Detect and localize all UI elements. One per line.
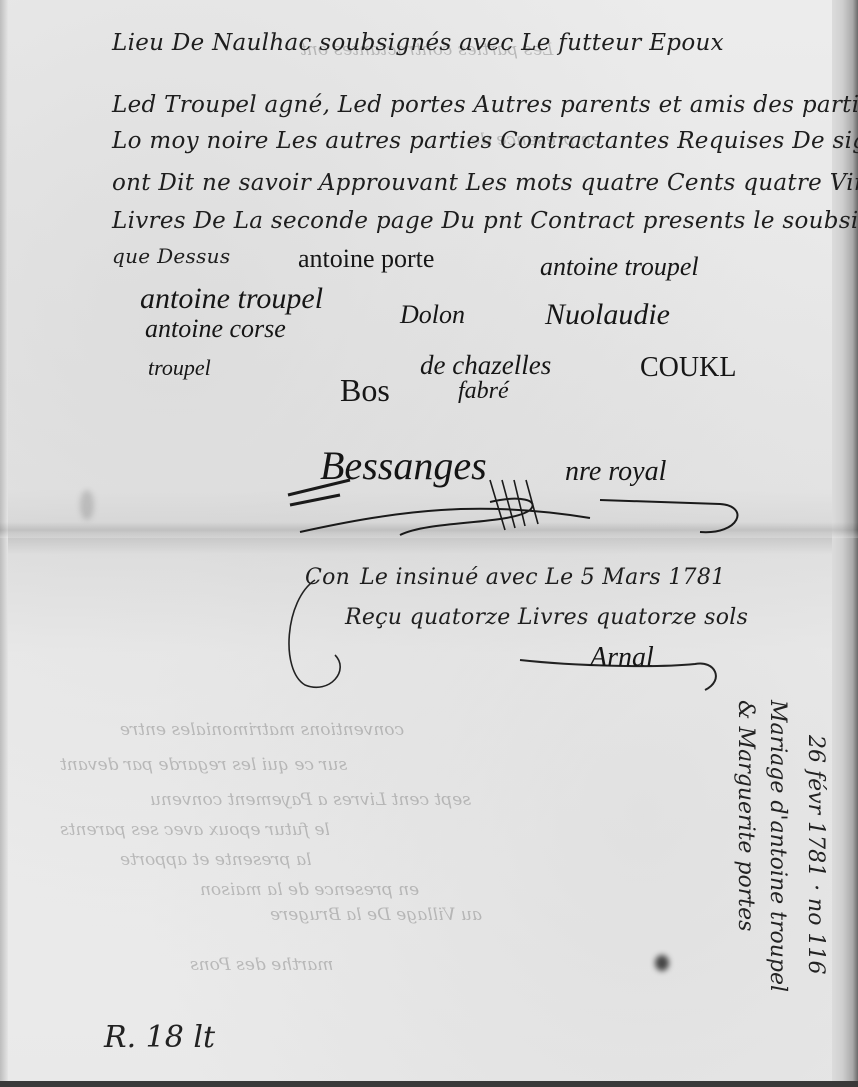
signature-antoine-troupel-2: antoine troupel: [140, 282, 323, 316]
signature-antoine-corse: antoine corse: [145, 314, 286, 344]
signature-fabre: fabré: [458, 378, 509, 405]
registration-signature: Arnal: [590, 642, 654, 674]
registration-line-2: Reçu quatorze Livres quatorze sols: [345, 605, 748, 630]
signature-antoine-porte: antoine porte: [298, 244, 434, 274]
signature-coukl: COUKL: [640, 352, 736, 384]
notary-title: nre royal: [565, 456, 666, 488]
page-bottom-border: [0, 1081, 858, 1087]
corner-note: R. 18 lt: [104, 1020, 215, 1055]
signature-de-chazelles: de chazelles: [420, 350, 551, 381]
page-right-border: [832, 0, 858, 1087]
signature-bos: Bos: [340, 372, 390, 409]
document-page: Les parties contractantes ont en presenc…: [0, 0, 858, 1087]
body-line-2: Led Troupel agné, Led portes Autres pare…: [112, 92, 858, 118]
registration-line-1: Le insinué avec Le 5 Mars 1781: [360, 565, 725, 590]
body-line-4: ont Dit ne savoir Approuvant Les mots qu…: [112, 170, 858, 196]
margin-note-subject-1: Mariage d'antoine troupel: [765, 700, 790, 992]
margin-note-subject-2: & Marguerite portes: [733, 700, 758, 931]
body-line-6: que Dessus: [112, 244, 230, 268]
signature-troupel: troupel: [148, 355, 211, 381]
page-left-edge: [0, 0, 8, 1087]
registration-prefix: Con: [305, 565, 350, 590]
body-line-1: Lieu De Naulhac soubsignés avec Le futte…: [112, 30, 724, 56]
stain-mark: [80, 490, 94, 520]
body-line-3: Lo moy noire Les autres parties Contract…: [112, 128, 858, 154]
ink-blot: [655, 955, 669, 971]
signature-nuolaudie: Nuolaudie: [545, 298, 670, 332]
body-line-5: Livres De La seconde page Du pnt Contrac…: [112, 208, 858, 234]
signature-dolon: Dolon: [400, 300, 465, 330]
notary-signature: Bessanges: [320, 442, 487, 489]
margin-note-date-ref: 26 févr 1781 · no 116: [803, 735, 828, 974]
signature-antoine-troupel-1: antoine troupel: [540, 252, 699, 282]
